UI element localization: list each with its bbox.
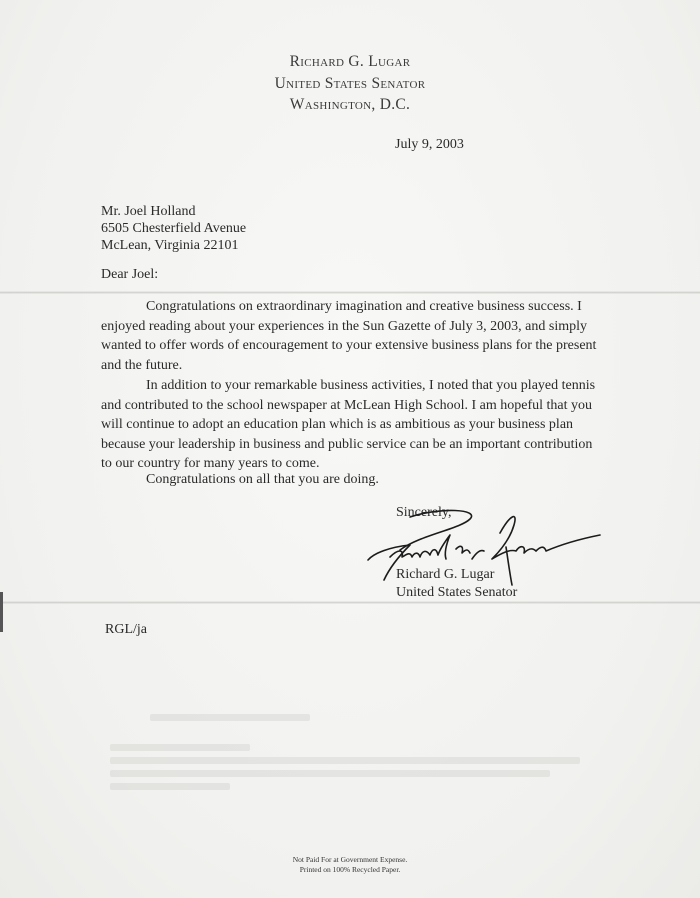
paper-fold-line	[0, 291, 700, 294]
paragraph-line: because your leadership in business and …	[101, 435, 661, 455]
paragraph-line: enjoyed reading about your experiences i…	[101, 317, 661, 337]
body-paragraph-1: Congratulations on extraordinary imagina…	[101, 297, 661, 375]
reference-initials: RGL/ja	[105, 622, 147, 638]
signer-title: United States Senator	[396, 585, 517, 601]
show-through-text	[110, 757, 580, 764]
paragraph-line: and the future.	[101, 356, 661, 376]
body-paragraph-2: In addition to your remarkable business …	[101, 376, 661, 474]
paragraph-line: and contributed to the school newspaper …	[101, 396, 661, 416]
paragraph-line: wanted to offer words of encouragement t…	[101, 336, 661, 356]
recipient-name: Mr. Joel Holland	[101, 203, 196, 220]
closing-line: Congratulations on all that you are doin…	[146, 472, 379, 488]
letter-date: July 9, 2003	[395, 137, 464, 153]
show-through-text	[110, 744, 250, 751]
paragraph-line: to our country for many years to come.	[101, 454, 661, 474]
letterhead-title: United States Senator	[0, 75, 700, 93]
show-through-text	[150, 714, 310, 721]
letterhead-name: Richard G. Lugar	[0, 53, 700, 71]
signer-name: Richard G. Lugar	[396, 567, 494, 583]
show-through-text	[110, 770, 550, 777]
paragraph-line: In addition to your remarkable business …	[101, 376, 661, 396]
paper-fold-line	[0, 601, 700, 604]
letter-page: Richard G. Lugar United States Senator W…	[0, 0, 700, 898]
recipient-street: 6505 Chesterfield Avenue	[101, 220, 246, 237]
scan-edge-mark	[0, 592, 3, 632]
letterhead-location: Washington, D.C.	[0, 96, 700, 114]
footer-disclaimer: Not Paid For at Government Expense.	[0, 855, 700, 865]
paragraph-line: Congratulations on extraordinary imagina…	[101, 297, 661, 317]
show-through-text	[110, 783, 230, 790]
paragraph-line: will continue to adopt an education plan…	[101, 415, 661, 435]
recipient-city: McLean, Virginia 22101	[101, 237, 238, 254]
footer-recycled-note: Printed on 100% Recycled Paper.	[0, 865, 700, 875]
salutation: Dear Joel:	[101, 267, 158, 283]
